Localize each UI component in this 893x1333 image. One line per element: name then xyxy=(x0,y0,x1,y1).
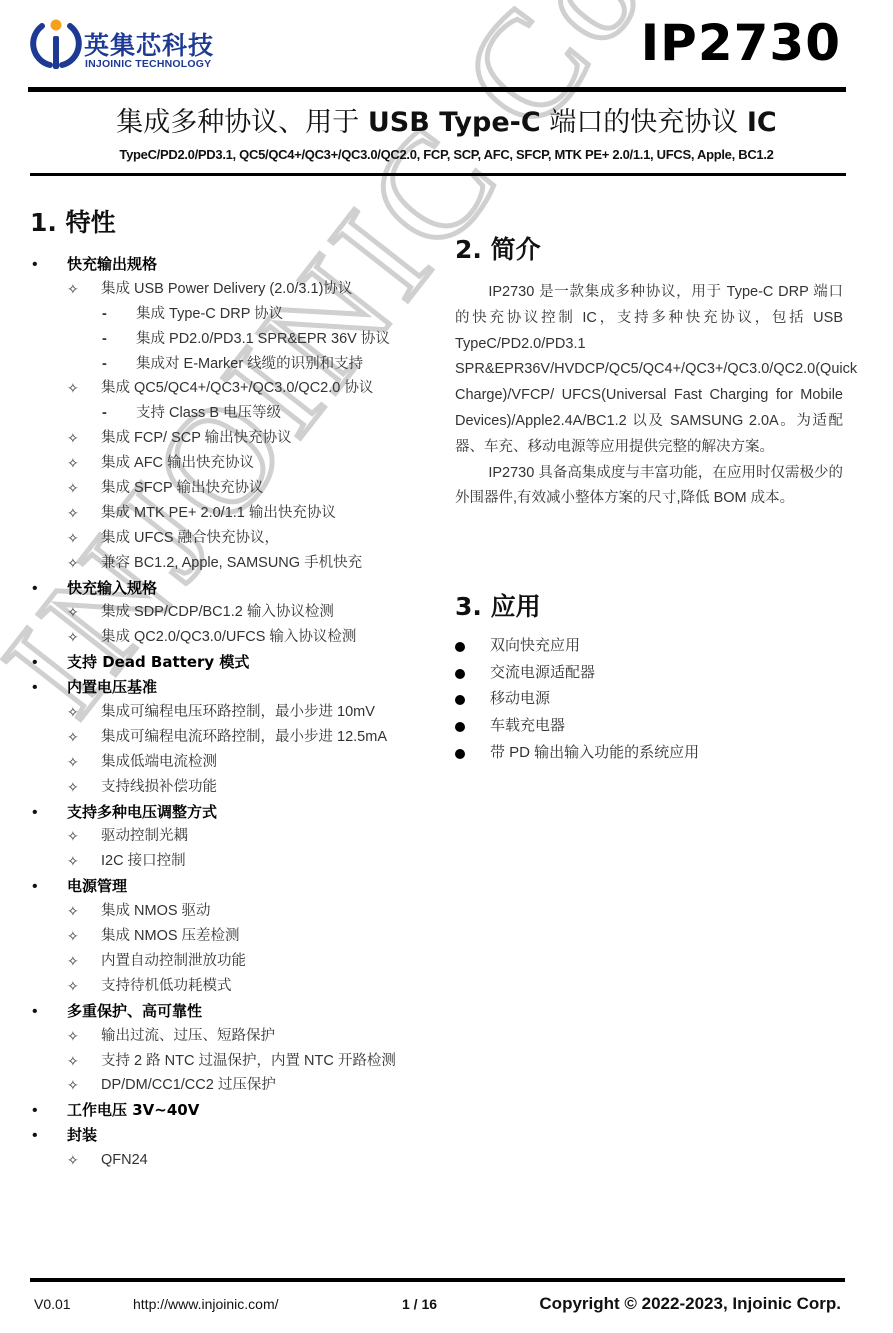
dash-bullet-icon: - xyxy=(102,327,107,352)
feature-subitem: -集成对 E-Marker 线缆的识别和支持 xyxy=(30,352,450,377)
footer-divider xyxy=(30,1278,845,1282)
feature-subitem: -集成 Type-C DRP 协议 xyxy=(30,302,450,327)
diamond-bullet-icon: ✧ xyxy=(67,700,79,725)
feature-item: ✧集成可编程电流环路控制，最小步进 12.5mA xyxy=(30,725,450,750)
diamond-bullet-icon: ✧ xyxy=(67,501,79,526)
bullet-icon: • xyxy=(32,999,38,1024)
bullet-icon xyxy=(455,722,465,732)
diamond-bullet-icon: ✧ xyxy=(67,526,79,551)
diamond-bullet-icon: ✧ xyxy=(67,1148,79,1173)
diamond-bullet-icon: ✧ xyxy=(67,849,79,874)
feature-text: 电源管理 xyxy=(67,874,127,899)
logo-chinese-name: 英集芯科技 xyxy=(84,26,214,62)
feature-text: 支持多种电压调整方式 xyxy=(67,800,217,825)
company-logo: 英集芯科技 INJOINIC TECHNOLOGY xyxy=(28,16,228,72)
feature-item: ✧集成可编程电压环路控制，最小步进 10mV xyxy=(30,700,450,725)
bullet-icon xyxy=(455,749,465,759)
logo-mark-icon xyxy=(28,16,84,72)
feature-text: 集成 AFC 输出快充协议 xyxy=(101,451,254,476)
diamond-bullet-icon: ✧ xyxy=(67,451,79,476)
title-part-1: 集成多种协议、用于 xyxy=(116,107,359,138)
dash-bullet-icon: - xyxy=(102,401,107,426)
feature-category: •支持多种电压调整方式 xyxy=(30,800,450,825)
feature-text: 集成可编程电压环路控制，最小步进 10mV xyxy=(101,700,375,725)
feature-category: •内置电压基准 xyxy=(30,675,450,700)
document-version: V0.01 xyxy=(34,1296,71,1312)
feature-text: 集成 MTK PE+ 2.0/1.1 输出快充协议 xyxy=(101,501,336,526)
intro-paragraph-1: IP2730 是一款集成多种协议，用于 Type-C DRP 端口的快充协议控制… xyxy=(455,280,843,461)
feature-text: 支持待机低功耗模式 xyxy=(101,974,232,999)
applications-heading: 3. 应用 xyxy=(455,587,541,623)
feature-item: ✧输出过流、过压、短路保护 xyxy=(30,1024,450,1049)
feature-category: •多重保护、高可靠性 xyxy=(30,999,450,1024)
application-text: 双向快充应用 xyxy=(490,633,580,660)
bullet-icon: • xyxy=(32,252,38,277)
dash-bullet-icon: - xyxy=(102,302,107,327)
feature-text: QFN24 xyxy=(101,1148,148,1173)
bullet-icon: • xyxy=(32,800,38,825)
feature-text: 集成 UFCS 融合快充协议， xyxy=(101,526,279,551)
application-text: 带 PD 输出输入功能的系统应用 xyxy=(490,740,699,767)
feature-text: 内置电压基准 xyxy=(67,675,157,700)
feature-category: •工作电压 3V~40V xyxy=(30,1098,450,1123)
feature-text: 输出过流、过压、短路保护 xyxy=(101,1024,275,1049)
feature-text: 集成 FCP/ SCP 输出快充协议 xyxy=(101,426,292,451)
diamond-bullet-icon: ✧ xyxy=(67,949,79,974)
company-url-link[interactable]: http://www.injoinic.com/ xyxy=(133,1296,279,1312)
intro-heading: 2. 简介 xyxy=(455,230,541,266)
application-text: 车载充电器 xyxy=(490,713,565,740)
title-part-2: 端口的快充协议 xyxy=(549,107,738,138)
feature-text: 集成低端电流检测 xyxy=(101,750,217,775)
feature-item: ✧集成 SDP/CDP/BC1.2 输入协议检测 xyxy=(30,600,450,625)
bullet-icon: • xyxy=(32,576,38,601)
title-divider xyxy=(30,173,846,176)
feature-item: ✧支持 2 路 NTC 过温保护，内置 NTC 开路检测 xyxy=(30,1049,450,1074)
intro-paragraph-2: IP2730 具备高集成度与丰富功能，在应用时仅需极少的外围器件,有效减小整体方… xyxy=(455,461,843,513)
bullet-icon: • xyxy=(32,1123,38,1148)
application-text: 交流电源适配器 xyxy=(490,660,595,687)
feature-category: •快充输入规格 xyxy=(30,576,450,601)
feature-item: ✧集成 MTK PE+ 2.0/1.1 输出快充协议 xyxy=(30,501,450,526)
feature-text: 支持 Dead Battery 模式 xyxy=(67,650,249,675)
application-item: 车载充电器 xyxy=(455,713,845,740)
feature-text: 集成 NMOS 驱动 xyxy=(101,899,211,924)
application-item: 交流电源适配器 xyxy=(455,660,845,687)
feature-item: ✧集成 USB Power Delivery (2.0/3.1)协议 xyxy=(30,277,450,302)
diamond-bullet-icon: ✧ xyxy=(67,924,79,949)
dash-bullet-icon: - xyxy=(102,352,107,377)
feature-text: 集成 USB Power Delivery (2.0/3.1)协议 xyxy=(101,277,352,302)
application-item: 带 PD 输出输入功能的系统应用 xyxy=(455,740,845,767)
feature-text: 集成 Type-C DRP 协议 xyxy=(136,302,283,327)
feature-text: 集成 NMOS 压差检测 xyxy=(101,924,240,949)
diamond-bullet-icon: ✧ xyxy=(67,426,79,451)
diamond-bullet-icon: ✧ xyxy=(67,974,79,999)
feature-item: ✧支持待机低功耗模式 xyxy=(30,974,450,999)
feature-item: ✧集成 AFC 输出快充协议 xyxy=(30,451,450,476)
feature-text: 内置自动控制泄放功能 xyxy=(101,949,246,974)
feature-text: 集成 QC5/QC4+/QC3+/QC3.0/QC2.0 协议 xyxy=(101,376,373,401)
feature-item: ✧兼容 BC1.2, Apple, SAMSUNG 手机快充 xyxy=(30,551,450,576)
part-number: IP2730 xyxy=(641,14,841,72)
diamond-bullet-icon: ✧ xyxy=(67,725,79,750)
feature-category: •封装 xyxy=(30,1123,450,1148)
application-item: 移动电源 xyxy=(455,686,845,713)
applications-list: 双向快充应用 交流电源适配器 移动电源 车载充电器 带 PD 输出输入功能的系统… xyxy=(455,633,845,766)
feature-item: ✧驱动控制光耦 xyxy=(30,824,450,849)
bullet-icon xyxy=(455,695,465,705)
feature-text: DP/DM/CC1/CC2 过压保护 xyxy=(101,1073,276,1098)
feature-subitem: -支持 Class B 电压等级 xyxy=(30,401,450,426)
feature-text: 集成 QC2.0/QC3.0/UFCS 输入协议检测 xyxy=(101,625,356,650)
feature-item: ✧集成 SFCP 输出快充协议 xyxy=(30,476,450,501)
diamond-bullet-icon: ✧ xyxy=(67,1073,79,1098)
feature-item: ✧集成 NMOS 压差检测 xyxy=(30,924,450,949)
feature-category: •支持 Dead Battery 模式 xyxy=(30,650,450,675)
feature-item: ✧支持线损补偿功能 xyxy=(30,775,450,800)
feature-text: 集成对 E-Marker 线缆的识别和支持 xyxy=(136,352,363,377)
feature-item: ✧集成 UFCS 融合快充协议， xyxy=(30,526,450,551)
feature-item: ✧集成 NMOS 驱动 xyxy=(30,899,450,924)
intro-body: IP2730 是一款集成多种协议，用于 Type-C DRP 端口的快充协议控制… xyxy=(455,280,843,512)
title-ic: IC xyxy=(747,107,777,138)
application-text: 移动电源 xyxy=(490,686,550,713)
feature-text: 快充输出规格 xyxy=(67,252,157,277)
feature-text: 支持线损补偿功能 xyxy=(101,775,217,800)
feature-text: 集成 SDP/CDP/BC1.2 输入协议检测 xyxy=(101,600,334,625)
feature-item: ✧I2C 接口控制 xyxy=(30,849,450,874)
diamond-bullet-icon: ✧ xyxy=(67,476,79,501)
application-item: 双向快充应用 xyxy=(455,633,845,660)
bullet-icon: • xyxy=(32,1098,38,1123)
feature-text: 支持 2 路 NTC 过温保护，内置 NTC 开路检测 xyxy=(101,1049,396,1074)
diamond-bullet-icon: ✧ xyxy=(67,551,79,576)
bullet-icon xyxy=(455,669,465,679)
supported-protocols: TypeC/PD2.0/PD3.1, QC5/QC4+/QC3+/QC3.0/Q… xyxy=(0,147,893,162)
diamond-bullet-icon: ✧ xyxy=(67,600,79,625)
bullet-icon: • xyxy=(32,874,38,899)
feature-text: 支持 Class B 电压等级 xyxy=(136,401,281,426)
document-title: 集成多种协议、用于 USB Type-C 端口的快充协议 IC xyxy=(0,100,893,139)
bullet-icon xyxy=(455,642,465,652)
diamond-bullet-icon: ✧ xyxy=(67,376,79,401)
feature-text: 集成可编程电流环路控制，最小步进 12.5mA xyxy=(101,725,387,750)
feature-item: ✧DP/DM/CC1/CC2 过压保护 xyxy=(30,1073,450,1098)
feature-item: ✧集成低端电流检测 xyxy=(30,750,450,775)
feature-subitem: -集成 PD2.0/PD3.1 SPR&EPR 36V 协议 xyxy=(30,327,450,352)
feature-item: ✧集成 QC5/QC4+/QC3+/QC3.0/QC2.0 协议 xyxy=(30,376,450,401)
feature-text: 工作电压 3V~40V xyxy=(67,1098,199,1123)
diamond-bullet-icon: ✧ xyxy=(67,277,79,302)
diamond-bullet-icon: ✧ xyxy=(67,1024,79,1049)
diamond-bullet-icon: ✧ xyxy=(67,899,79,924)
features-heading: 1. 特性 xyxy=(30,203,116,239)
diamond-bullet-icon: ✧ xyxy=(67,625,79,650)
feature-text: 多重保护、高可靠性 xyxy=(67,999,202,1024)
diamond-bullet-icon: ✧ xyxy=(67,824,79,849)
diamond-bullet-icon: ✧ xyxy=(67,750,79,775)
diamond-bullet-icon: ✧ xyxy=(67,775,79,800)
header-divider xyxy=(28,87,846,92)
logo-english-name: INJOINIC TECHNOLOGY xyxy=(85,58,211,70)
feature-item: ✧集成 FCP/ SCP 输出快充协议 xyxy=(30,426,450,451)
feature-item: ✧内置自动控制泄放功能 xyxy=(30,949,450,974)
feature-text: 封装 xyxy=(67,1123,97,1148)
feature-text: 集成 SFCP 输出快充协议 xyxy=(101,476,263,501)
bullet-icon: • xyxy=(32,675,38,700)
feature-category: •电源管理 xyxy=(30,874,450,899)
feature-item: ✧集成 QC2.0/QC3.0/UFCS 输入协议检测 xyxy=(30,625,450,650)
bullet-icon: • xyxy=(32,650,38,675)
feature-text: 驱动控制光耦 xyxy=(101,824,188,849)
feature-text: 兼容 BC1.2, Apple, SAMSUNG 手机快充 xyxy=(101,551,362,576)
feature-text: I2C 接口控制 xyxy=(101,849,186,874)
feature-text: 集成 PD2.0/PD3.1 SPR&EPR 36V 协议 xyxy=(136,327,390,352)
features-list: •快充输出规格✧集成 USB Power Delivery (2.0/3.1)协… xyxy=(30,252,450,1173)
diamond-bullet-icon: ✧ xyxy=(67,1049,79,1074)
feature-text: 快充输入规格 xyxy=(67,576,157,601)
feature-category: •快充输出规格 xyxy=(30,252,450,277)
title-usb-typec: USB Type-C xyxy=(368,107,541,138)
feature-item: ✧QFN24 xyxy=(30,1148,450,1173)
copyright: Copyright © 2022-2023, Injoinic Corp. xyxy=(539,1294,841,1314)
page-number: 1 / 16 xyxy=(402,1296,437,1312)
